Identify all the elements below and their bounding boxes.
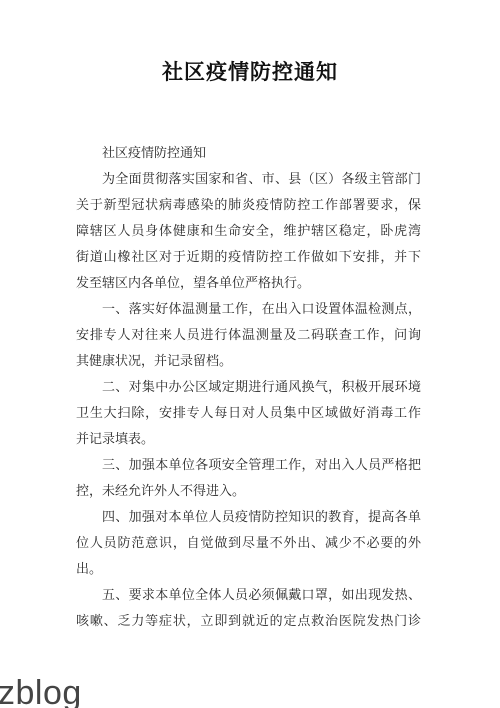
document-body: 社区疫情防控通知 为全面贯彻落实国家和省、市、县（区）各级主管部门 关于新型冠状… bbox=[76, 140, 421, 634]
text-line: 为全面贯彻落实国家和省、市、县（区）各级主管部门 bbox=[76, 166, 421, 192]
text-line: 一、落实好体温测量工作，在出入口设置体温检测点， bbox=[76, 296, 421, 322]
watermark-logo: zblog bbox=[0, 676, 82, 708]
text-line: 关于新型冠状病毒感染的肺炎疫情防控工作部署要求，保 bbox=[76, 192, 421, 218]
document-page: 社区疫情防控通知 社区疫情防控通知 为全面贯彻落实国家和省、市、县（区）各级主管… bbox=[0, 0, 500, 708]
text-line: 安排专人对往来人员进行体温测量及二码联查工作，问询 bbox=[76, 322, 421, 348]
text-line: 其健康状况，并记录留档。 bbox=[76, 348, 421, 374]
body-heading-line: 社区疫情防控通知 bbox=[76, 140, 421, 166]
text-line: 位人员防范意识，自觉做到尽量不外出、减少不必要的外 bbox=[76, 530, 421, 556]
text-line: 并记录填表。 bbox=[76, 426, 421, 452]
text-line: 控，未经允许外人不得进入。 bbox=[76, 478, 421, 504]
text-line: 出。 bbox=[76, 556, 421, 582]
text-line: 咳嗽、乏力等症状，立即到就近的定点救治医院发热门诊 bbox=[76, 608, 421, 634]
text-line: 三、加强本单位各项安全管理工作，对出入人员严格把 bbox=[76, 452, 421, 478]
text-line: 二、对集中办公区域定期进行通风换气，积极开展环境 bbox=[76, 374, 421, 400]
text-line: 五、要求本单位全体人员必须佩戴口罩，如出现发热、 bbox=[76, 582, 421, 608]
page-title: 社区疫情防控通知 bbox=[0, 56, 500, 86]
text-line: 街道山橡社区对于近期的疫情防控工作做如下安排，并下 bbox=[76, 244, 421, 270]
text-line: 卫生大扫除，安排专人每日对人员集中区域做好消毒工作 bbox=[76, 400, 421, 426]
text-line: 四、加强对本单位人员疫情防控知识的教育，提高各单 bbox=[76, 504, 421, 530]
text-line: 障辖区人员身体健康和生命安全，维护辖区稳定，卧虎湾 bbox=[76, 218, 421, 244]
text-line: 发至辖区内各单位，望各单位严格执行。 bbox=[76, 270, 421, 296]
